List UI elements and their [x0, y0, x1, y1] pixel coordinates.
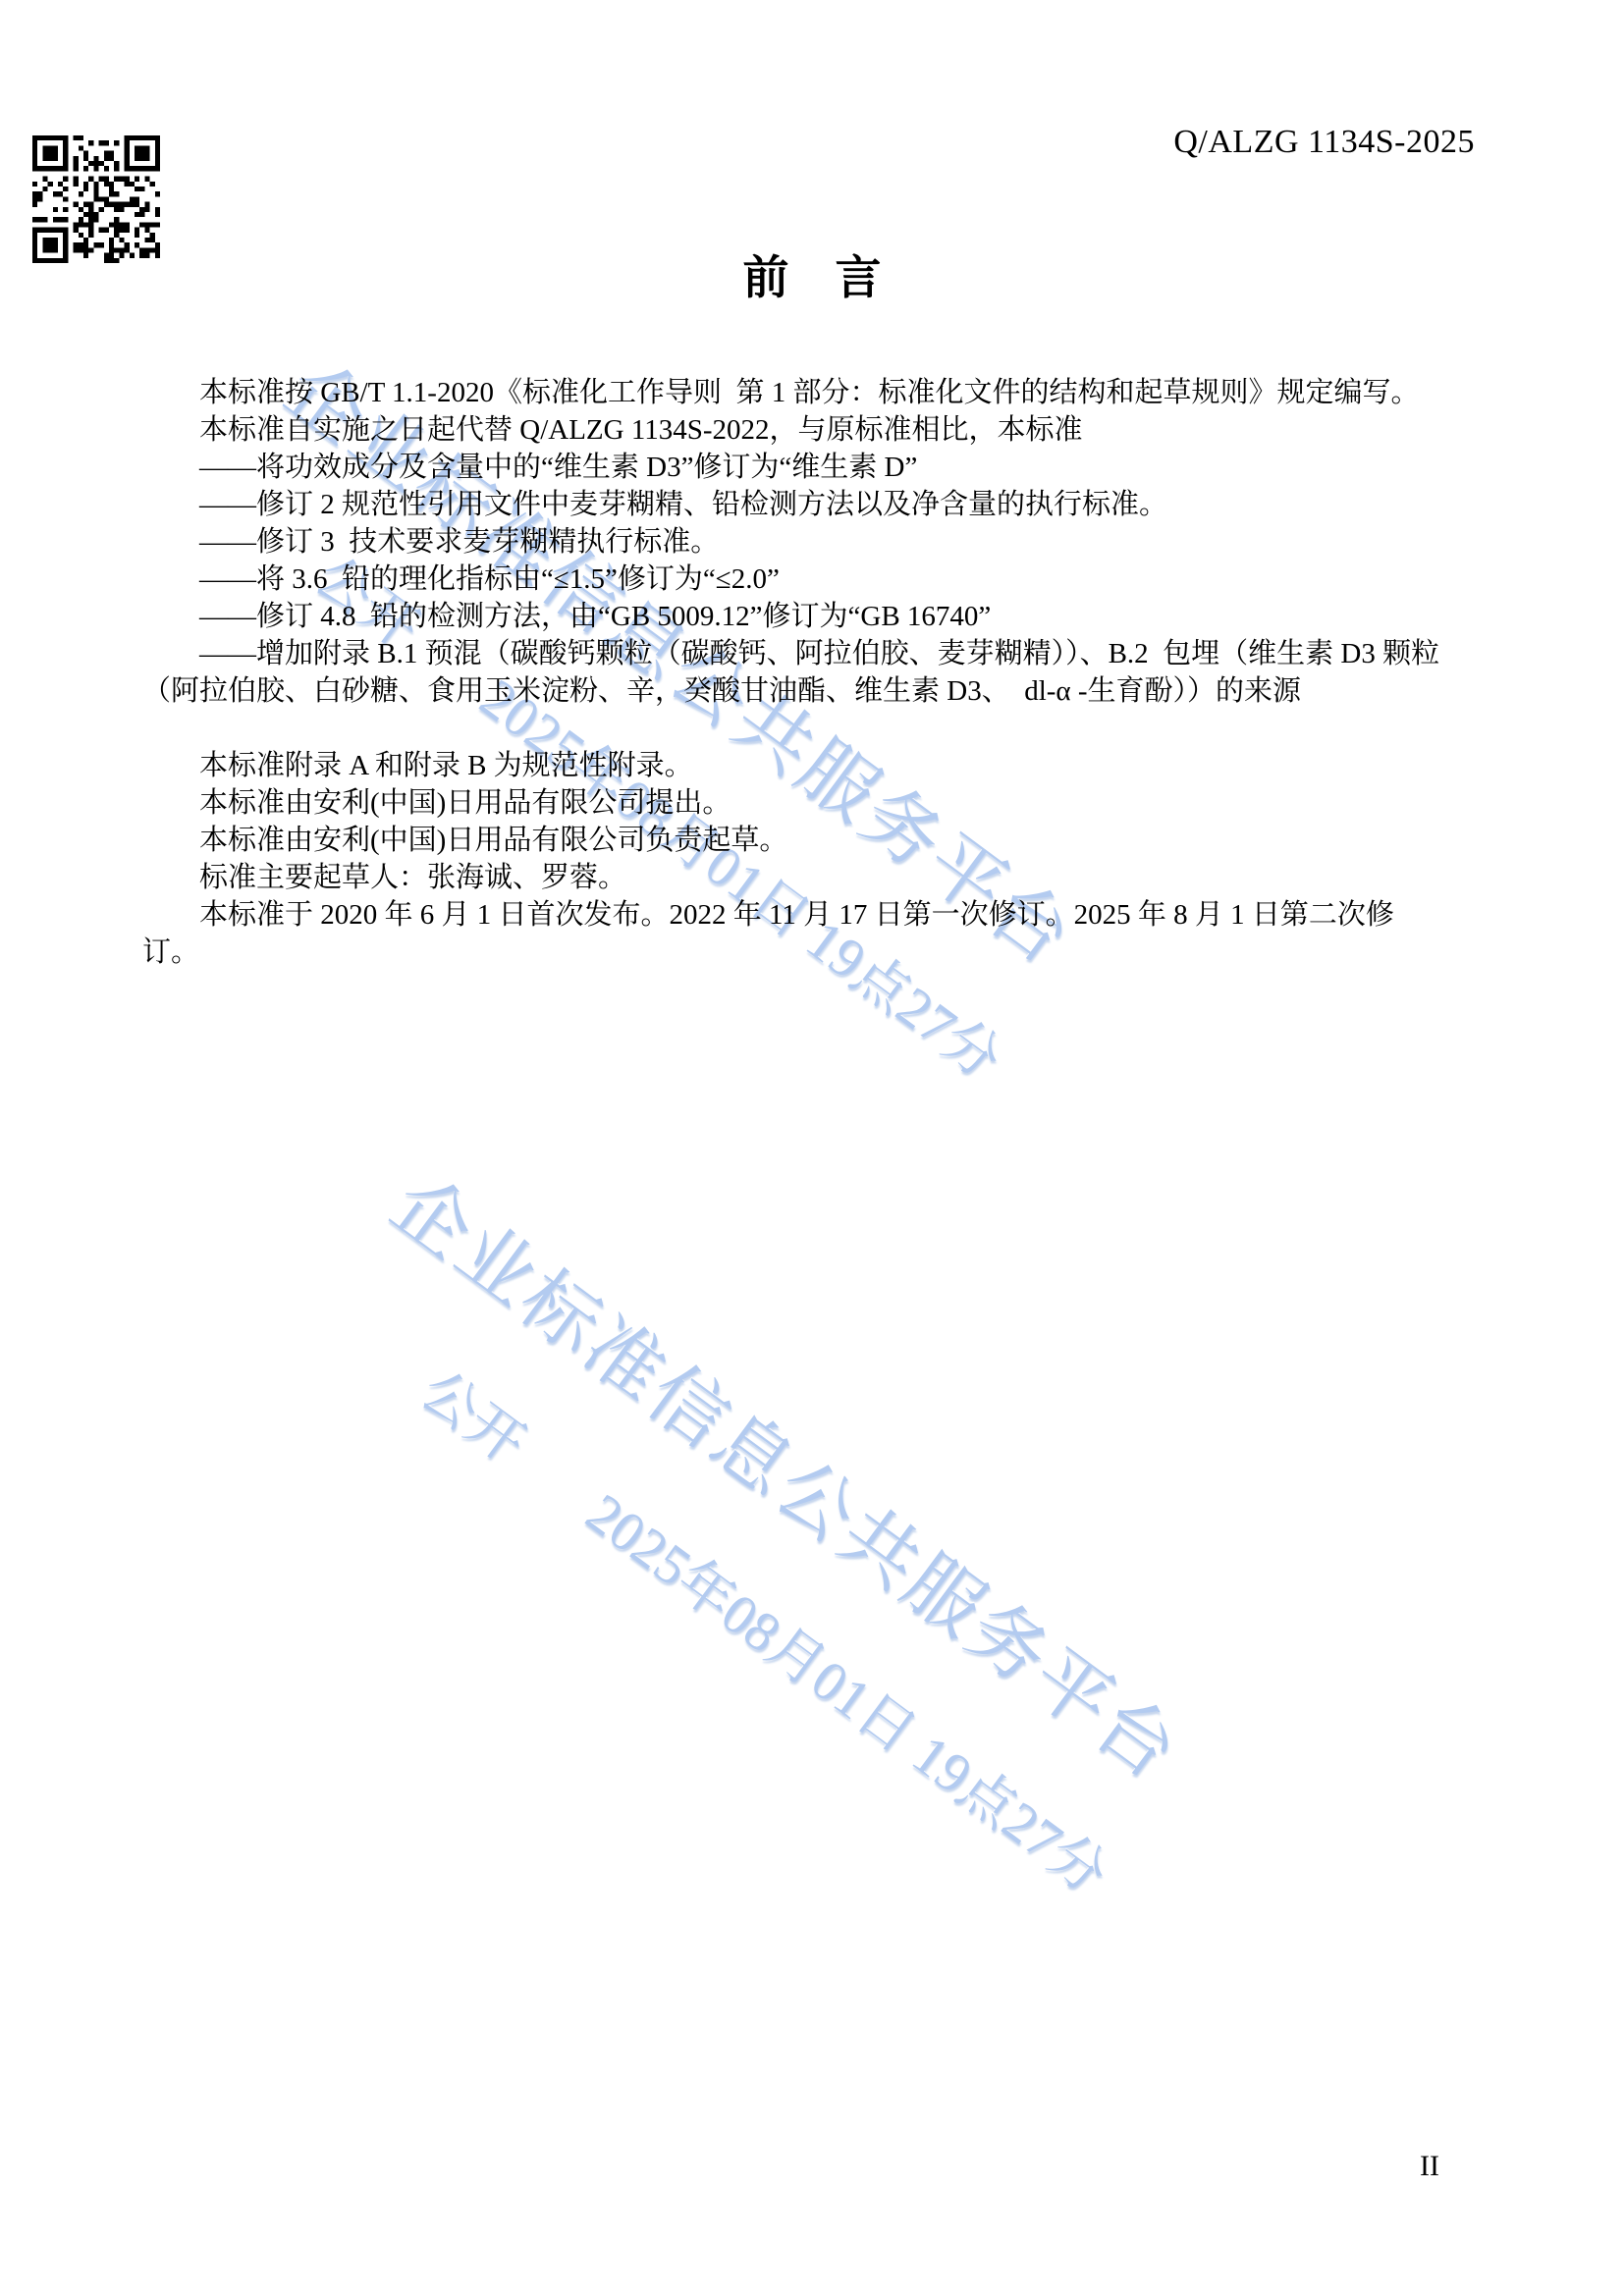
- body-line: ——修订 3 技术要求麦芽糊精执行标准。: [142, 523, 1507, 561]
- page-title: 前 言: [0, 241, 1624, 307]
- body-line: （阿拉伯胶、白砂糖、食用玉米淀粉、辛，癸酸甘油酯、维生素 D3、 dl-α -生…: [142, 672, 1507, 710]
- watermark-visibility-label: 公开: [409, 1360, 536, 1475]
- body-line: ——将功效成分及含量中的“维生素 D3”修订为“维生素 D”: [142, 449, 1507, 486]
- body-line: [142, 710, 1507, 747]
- body-line: ——将 3.6 铅的理化指标由“≤1.5”修订为“≤2.0”: [142, 561, 1507, 598]
- body-line: 本标准自实施之日起代替 Q/ALZG 1134S-2022，与原标准相比，本标准: [142, 411, 1507, 449]
- body-line: 本标准于 2020 年 6 月 1 日首次发布。2022 年 11 月 17 日…: [142, 896, 1507, 934]
- standard-number: Q/ALZG 1134S-2025: [1173, 124, 1475, 161]
- document-page: Q/ALZG 1134S-2025 前 言 企业标准信息公共服务平台 公开202…: [0, 0, 1624, 2296]
- body-line: ——修订 2 规范性引用文件中麦芽糊精、铅检测方法以及净含量的执行标准。: [142, 486, 1507, 523]
- watermark-lower: 企业标准信息公共服务平台 公开2025年08月01日 19点27分: [302, 1163, 1205, 1905]
- body-text: 本标准按 GB/T 1.1-2020《标准化工作导则 第 1 部分：标准化文件的…: [142, 374, 1507, 971]
- body-line: 本标准由安利(中国)日用品有限公司提出。: [142, 784, 1507, 822]
- body-line: 本标准由安利(中国)日用品有限公司负责起草。: [142, 822, 1507, 859]
- body-line: 本标准附录 A 和附录 B 为规范性附录。: [142, 747, 1507, 784]
- body-line: 订。: [142, 934, 1507, 971]
- watermark-platform-text: 企业标准信息公共服务平台: [378, 1163, 1204, 1803]
- page-number: II: [1420, 2150, 1439, 2183]
- body-line: 标准主要起草人：张海诚、罗蓉。: [142, 859, 1507, 896]
- body-line: 本标准按 GB/T 1.1-2020《标准化工作导则 第 1 部分：标准化文件的…: [142, 374, 1507, 411]
- watermark-datetime: 2025年08月01日 19点27分: [575, 1482, 1118, 1906]
- body-line: ——修订 4.8 铅的检测方法，由“GB 5009.12”修订为“GB 1674…: [142, 598, 1507, 635]
- body-line: ——增加附录 B.1 预混（碳酸钙颗粒（碳酸钙、阿拉伯胶、麦芽糊精））、B.2 …: [142, 635, 1507, 672]
